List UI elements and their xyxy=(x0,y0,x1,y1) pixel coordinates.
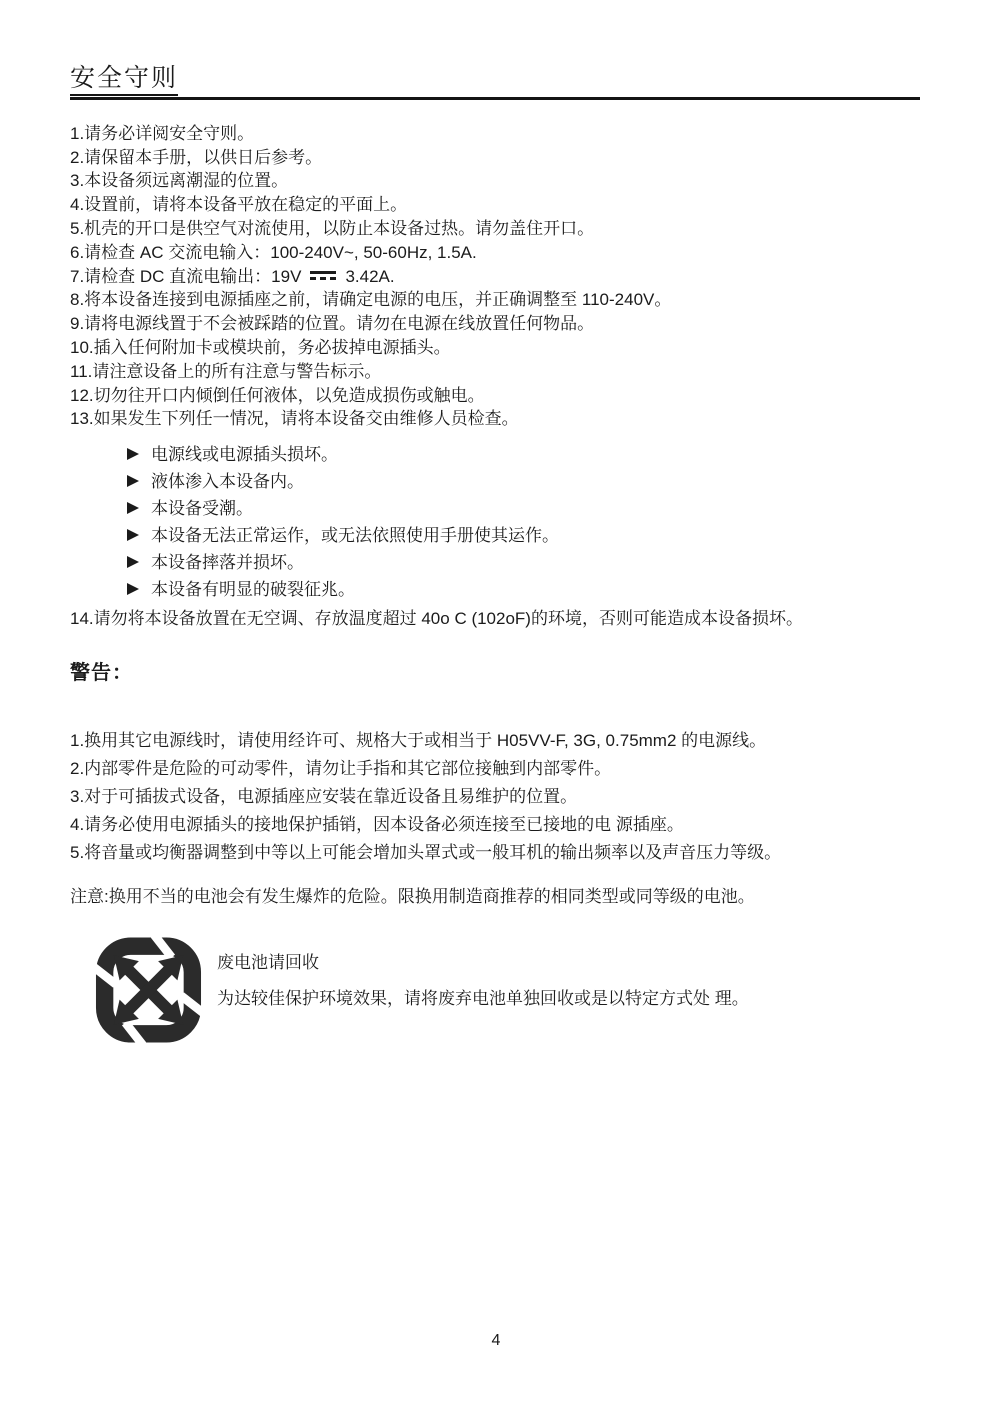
warning-heading: 警告： xyxy=(70,659,920,685)
battery-recycling-icon xyxy=(92,937,205,1048)
safety-item-6: 6.请检查 AC 交流电输入：100-240V~, 50-60Hz, 1.5A. xyxy=(70,241,920,265)
page-title: 安全守则 xyxy=(70,64,178,96)
triangle-bullet-icon xyxy=(127,448,139,460)
warning-list: 1.换用其它电源线时，请使用经许可、规格大于或相当于 H05VV-F, 3G, … xyxy=(70,727,920,867)
recycle-line-2: 为达较佳保护环境效果，请将废弃电池单独回收或是以特定方式处 理。 xyxy=(217,981,749,1017)
recycle-section: 废电池请回收 为达较佳保护环境效果，请将废弃电池单独回收或是以特定方式处 理。 xyxy=(92,937,920,1048)
hazard-item: 电源线或电源插头损坏。 xyxy=(127,443,920,470)
safety-item-7-text-after: 3.42A. xyxy=(345,267,394,286)
hazard-text: 本设备无法正常运作，或无法依照使用手册使其运作。 xyxy=(151,524,559,548)
safety-item-2: 2.请保留本手册，以供日后参考。 xyxy=(70,146,920,170)
warning-item-2: 2.内部零件是危险的可动零件，请勿让手指和其它部位接触到内部零件。 xyxy=(70,755,920,783)
safety-item-5: 5.机壳的开口是供空气对流使用，以防止本设备过热。请勿盖住开口。 xyxy=(70,217,920,241)
recycle-text-block: 废电池请回收 为达较佳保护环境效果，请将废弃电池单独回收或是以特定方式处 理。 xyxy=(205,937,749,1017)
dc-current-icon xyxy=(310,271,336,280)
safety-item-8: 8.将本设备连接到电源插座之前，请确定电源的电压，并正确调整至 110-240V… xyxy=(70,288,920,312)
warning-item-1: 1.换用其它电源线时，请使用经许可、规格大于或相当于 H05VV-F, 3G, … xyxy=(70,727,920,755)
triangle-bullet-icon xyxy=(127,502,139,514)
warning-item-4: 4.请务必使用电源插头的接地保护插销，因本设备必须连接至已接地的电 源插座。 xyxy=(70,811,920,839)
triangle-bullet-icon xyxy=(127,529,139,541)
hazard-item: 本设备摔落并损坏。 xyxy=(127,551,920,578)
safety-item-4: 4.设置前，请将本设备平放在稳定的平面上。 xyxy=(70,193,920,217)
safety-item-3: 3.本设备须远离潮湿的位置。 xyxy=(70,169,920,193)
manual-page: 安全守则 1.请务必详阅安全守则。 2.请保留本手册，以供日后参考。 3.本设备… xyxy=(0,0,992,1404)
safety-item-11: 11.请注意设备上的所有注意与警告标示。 xyxy=(70,360,920,384)
triangle-bullet-icon xyxy=(127,475,139,487)
safety-item-13: 13.如果发生下列任一情况，请将本设备交由维修人员检查。 xyxy=(70,407,920,431)
hazard-item: 本设备无法正常运作，或无法依照使用手册使其运作。 xyxy=(127,524,920,551)
safety-item-7: 7.请检查 DC 直流电输出：19V3.42A. xyxy=(70,265,920,289)
safety-item-14: 14.请勿将本设备放置在无空调、存放温度超过 40o C (102oF)的环境，… xyxy=(70,607,920,631)
recycle-line-1: 废电池请回收 xyxy=(217,945,749,981)
warning-item-5: 5.将音量或均衡器调整到中等以上可能会增加头罩式或一般耳机的输出频率以及声音压力… xyxy=(70,839,920,867)
triangle-bullet-icon xyxy=(127,583,139,595)
safety-item-10: 10.插入任何附加卡或模块前，务必拔掉电源插头。 xyxy=(70,336,920,360)
hazard-item: 本设备有明显的破裂征兆。 xyxy=(127,578,920,605)
title-section: 安全守则 xyxy=(70,0,920,100)
safety-rules-list: 1.请务必详阅安全守则。 2.请保留本手册，以供日后参考。 3.本设备须远离潮湿… xyxy=(70,122,920,431)
warning-item-3: 3.对于可插拔式设备，电源插座应安装在靠近设备且易维护的位置。 xyxy=(70,783,920,811)
hazard-bullet-list: 电源线或电源插头损坏。 液体渗入本设备内。 本设备受潮。 本设备无法正常运作，或… xyxy=(70,443,920,605)
hazard-text: 电源线或电源插头损坏。 xyxy=(151,443,338,467)
safety-item-7-text-before: 7.请检查 DC 直流电输出：19V xyxy=(70,267,301,286)
hazard-item: 液体渗入本设备内。 xyxy=(127,470,920,497)
triangle-bullet-icon xyxy=(127,556,139,568)
safety-item-1: 1.请务必详阅安全守则。 xyxy=(70,122,920,146)
battery-notice: 注意:换用不当的电池会有发生爆炸的危险。限换用制造商推荐的相同类型或同等级的电池… xyxy=(70,885,920,909)
safety-item-12: 12.切勿往开口内倾倒任何液体，以免造成损伤或触电。 xyxy=(70,384,920,408)
hazard-text: 本设备摔落并损坏。 xyxy=(151,551,304,575)
hazard-text: 本设备有明显的破裂征兆。 xyxy=(151,578,355,602)
hazard-item: 本设备受潮。 xyxy=(127,497,920,524)
page-number: 4 xyxy=(0,1332,992,1350)
hazard-text: 本设备受潮。 xyxy=(151,497,253,521)
safety-item-9: 9.请将电源线置于不会被踩踏的位置。请勿在电源在线放置任何物品。 xyxy=(70,312,920,336)
hazard-text: 液体渗入本设备内。 xyxy=(151,470,304,494)
